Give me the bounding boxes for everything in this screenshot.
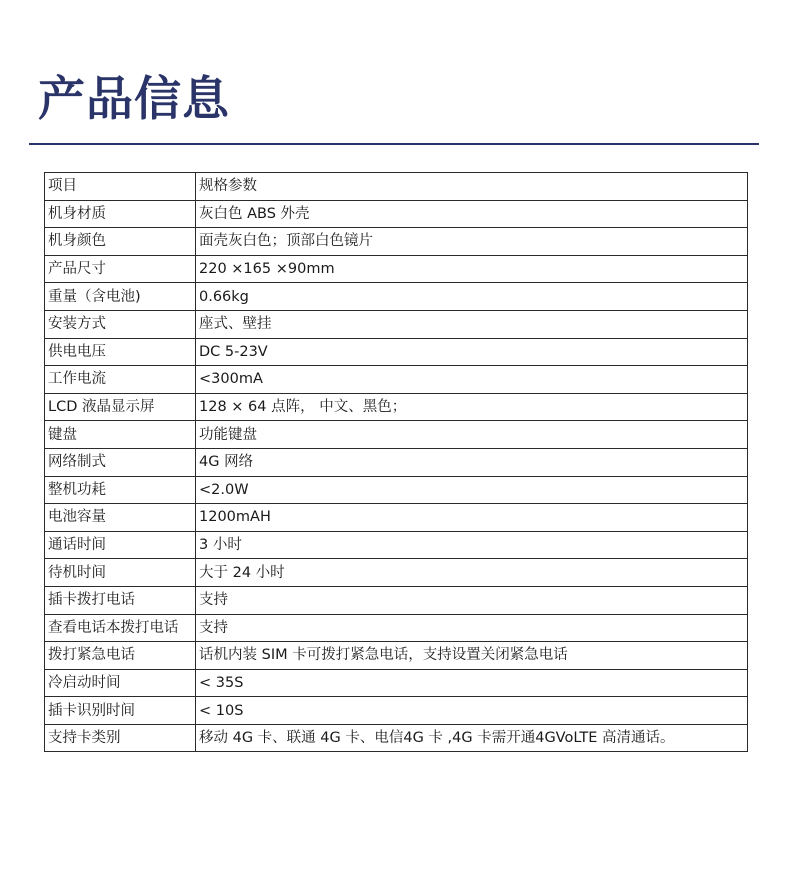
header-key: 项目	[45, 173, 196, 201]
row-key: 插卡拨打电话	[45, 586, 196, 614]
table-row: 通话时间3 小时	[45, 531, 748, 559]
row-value: 3 小时	[196, 531, 748, 559]
row-key: 网络制式	[45, 448, 196, 476]
row-value: 0.66kg	[196, 283, 748, 311]
row-key: 整机功耗	[45, 476, 196, 504]
row-value: <300mA	[196, 366, 748, 394]
table-row: 键盘功能键盘	[45, 421, 748, 449]
row-key: 重量（含电池)	[45, 283, 196, 311]
page-title: 产品信息	[38, 72, 230, 128]
table-row: 插卡拨打电话支持	[45, 586, 748, 614]
row-value: < 35S	[196, 669, 748, 697]
table-row: 待机时间大于 24 小时	[45, 559, 748, 587]
row-value: 支持	[196, 614, 748, 642]
row-key: 产品尺寸	[45, 255, 196, 283]
row-key: 支持卡类别	[45, 724, 196, 752]
table-row: 机身颜色面壳灰白色；顶部白色镜片	[45, 228, 748, 256]
spec-table: 项目 规格参数 机身材质灰白色 ABS 外壳 机身颜色面壳灰白色；顶部白色镜片 …	[44, 172, 748, 752]
row-value: 面壳灰白色；顶部白色镜片	[196, 228, 748, 256]
row-value: 功能键盘	[196, 421, 748, 449]
row-value: < 10S	[196, 697, 748, 725]
title-divider	[29, 143, 759, 145]
row-key: 供电电压	[45, 338, 196, 366]
row-value: 1200mAH	[196, 504, 748, 532]
row-key: 机身材质	[45, 200, 196, 228]
table-row: 供电电压DC 5-23V	[45, 338, 748, 366]
row-key: 工作电流	[45, 366, 196, 394]
table-row: 安装方式座式、壁挂	[45, 310, 748, 338]
table-row: 查看电话本拨打电话支持	[45, 614, 748, 642]
row-key: 机身颜色	[45, 228, 196, 256]
table-row: 工作电流<300mA	[45, 366, 748, 394]
row-key: 待机时间	[45, 559, 196, 587]
table-row: 支持卡类别移动 4G 卡、联通 4G 卡、电信4G 卡 ,4G 卡需开通4GVo…	[45, 724, 748, 752]
row-key: LCD 液晶显示屏	[45, 393, 196, 421]
table-row: 冷启动时间< 35S	[45, 669, 748, 697]
row-value: 220 ×165 ×90mm	[196, 255, 748, 283]
table-row: 电池容量1200mAH	[45, 504, 748, 532]
row-value: 灰白色 ABS 外壳	[196, 200, 748, 228]
row-key: 通话时间	[45, 531, 196, 559]
table-row: 整机功耗<2.0W	[45, 476, 748, 504]
row-key: 查看电话本拨打电话	[45, 614, 196, 642]
row-value: DC 5-23V	[196, 338, 748, 366]
row-value: 128 × 64 点阵， 中文、黑色；	[196, 393, 748, 421]
row-key: 电池容量	[45, 504, 196, 532]
row-value: 支持	[196, 586, 748, 614]
row-value: 4G 网络	[196, 448, 748, 476]
table-row: LCD 液晶显示屏128 × 64 点阵， 中文、黑色；	[45, 393, 748, 421]
table-row: 产品尺寸220 ×165 ×90mm	[45, 255, 748, 283]
header-value: 规格参数	[196, 173, 748, 201]
table-row: 拨打紧急电话话机内装 SIM 卡可拨打紧急电话，支持设置关闭紧急电话	[45, 642, 748, 670]
row-value: 大于 24 小时	[196, 559, 748, 587]
row-value: 话机内装 SIM 卡可拨打紧急电话，支持设置关闭紧急电话	[196, 642, 748, 670]
row-value: <2.0W	[196, 476, 748, 504]
row-key: 安装方式	[45, 310, 196, 338]
row-value: 座式、壁挂	[196, 310, 748, 338]
row-key: 键盘	[45, 421, 196, 449]
table-row: 重量（含电池)0.66kg	[45, 283, 748, 311]
table-row: 机身材质灰白色 ABS 外壳	[45, 200, 748, 228]
row-key: 冷启动时间	[45, 669, 196, 697]
table-header-row: 项目 规格参数	[45, 173, 748, 201]
table-row: 插卡识别时间< 10S	[45, 697, 748, 725]
row-key: 插卡识别时间	[45, 697, 196, 725]
row-value: 移动 4G 卡、联通 4G 卡、电信4G 卡 ,4G 卡需开通4GVoLTE 高…	[196, 724, 748, 752]
row-key: 拨打紧急电话	[45, 642, 196, 670]
table-row: 网络制式4G 网络	[45, 448, 748, 476]
